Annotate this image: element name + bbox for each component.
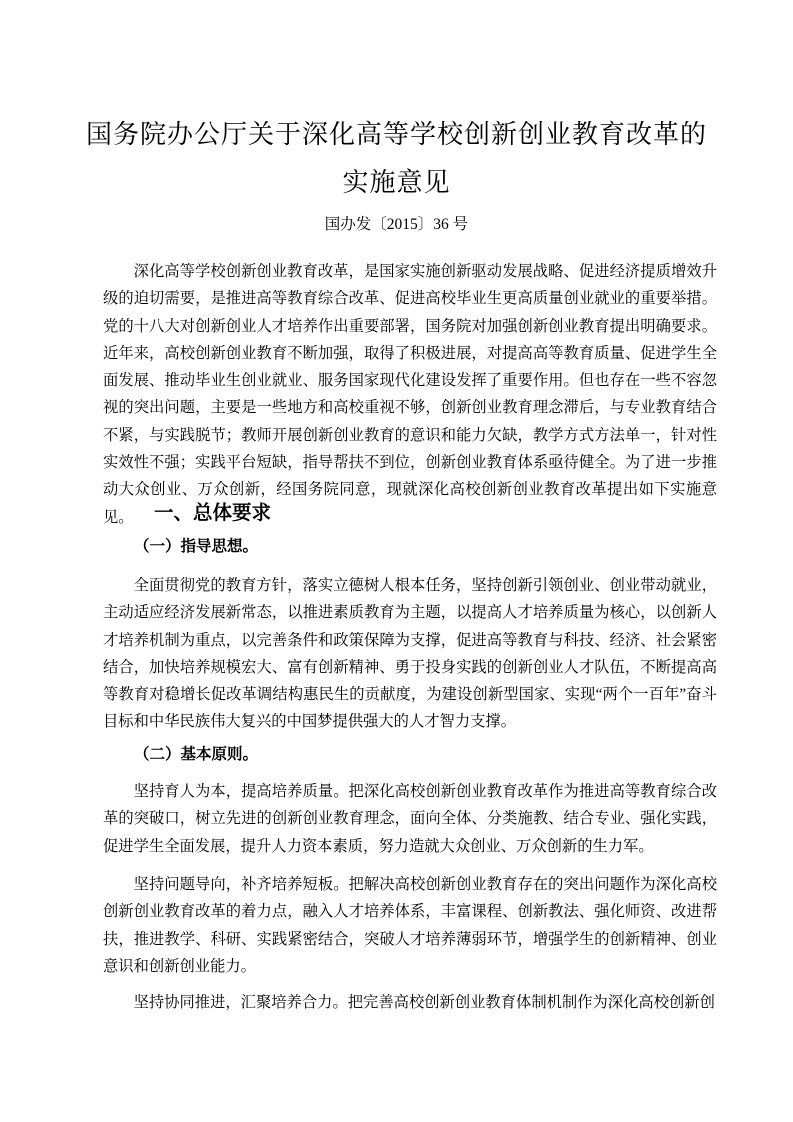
document-page: 国务院办公厅关于深化高等学校创新创业教育改革的 实施意见 国办发〔2015〕36… [0, 0, 793, 1122]
subsection-1-2-heading: （二）基本原则。 [103, 741, 717, 768]
document-title-line-2: 实施意见 [0, 159, 793, 207]
document-title-line-1: 国务院办公厅关于深化高等学校创新创业教育改革的 [0, 111, 793, 159]
subsection-1-1-heading: （一）指导思想。 [103, 533, 717, 560]
intro-paragraph: 深化高等学校创新创业教育改革，是国家实施创新驱动发展战略、促进经济提质增效升级的… [103, 258, 717, 531]
subsection-1-2-paragraph-3: 坚持协同推进，汇聚培养合力。把完善高校创新创业教育体制机制作为深化高校创新创 [103, 989, 717, 1016]
section-1-heading: 一、总体要求 [103, 499, 717, 527]
subsection-1-2-paragraph-1: 坚持育人为本，提高培养质量。把深化高校创新创业教育改革作为推进高等教育综合改革的… [103, 778, 717, 860]
subsection-1-2-paragraph-2: 坚持问题导向，补齐培养短板。把解决高校创新创业教育存在的突出问题作为深化高校创新… [103, 871, 717, 980]
subsection-1-1-paragraph: 全面贯彻党的教育方针，落实立德树人根本任务，坚持创新引领创业、创业带动就业，主动… [103, 572, 717, 736]
document-title: 国务院办公厅关于深化高等学校创新创业教育改革的 实施意见 [0, 111, 793, 207]
document-number: 国办发〔2015〕36 号 [0, 211, 793, 238]
